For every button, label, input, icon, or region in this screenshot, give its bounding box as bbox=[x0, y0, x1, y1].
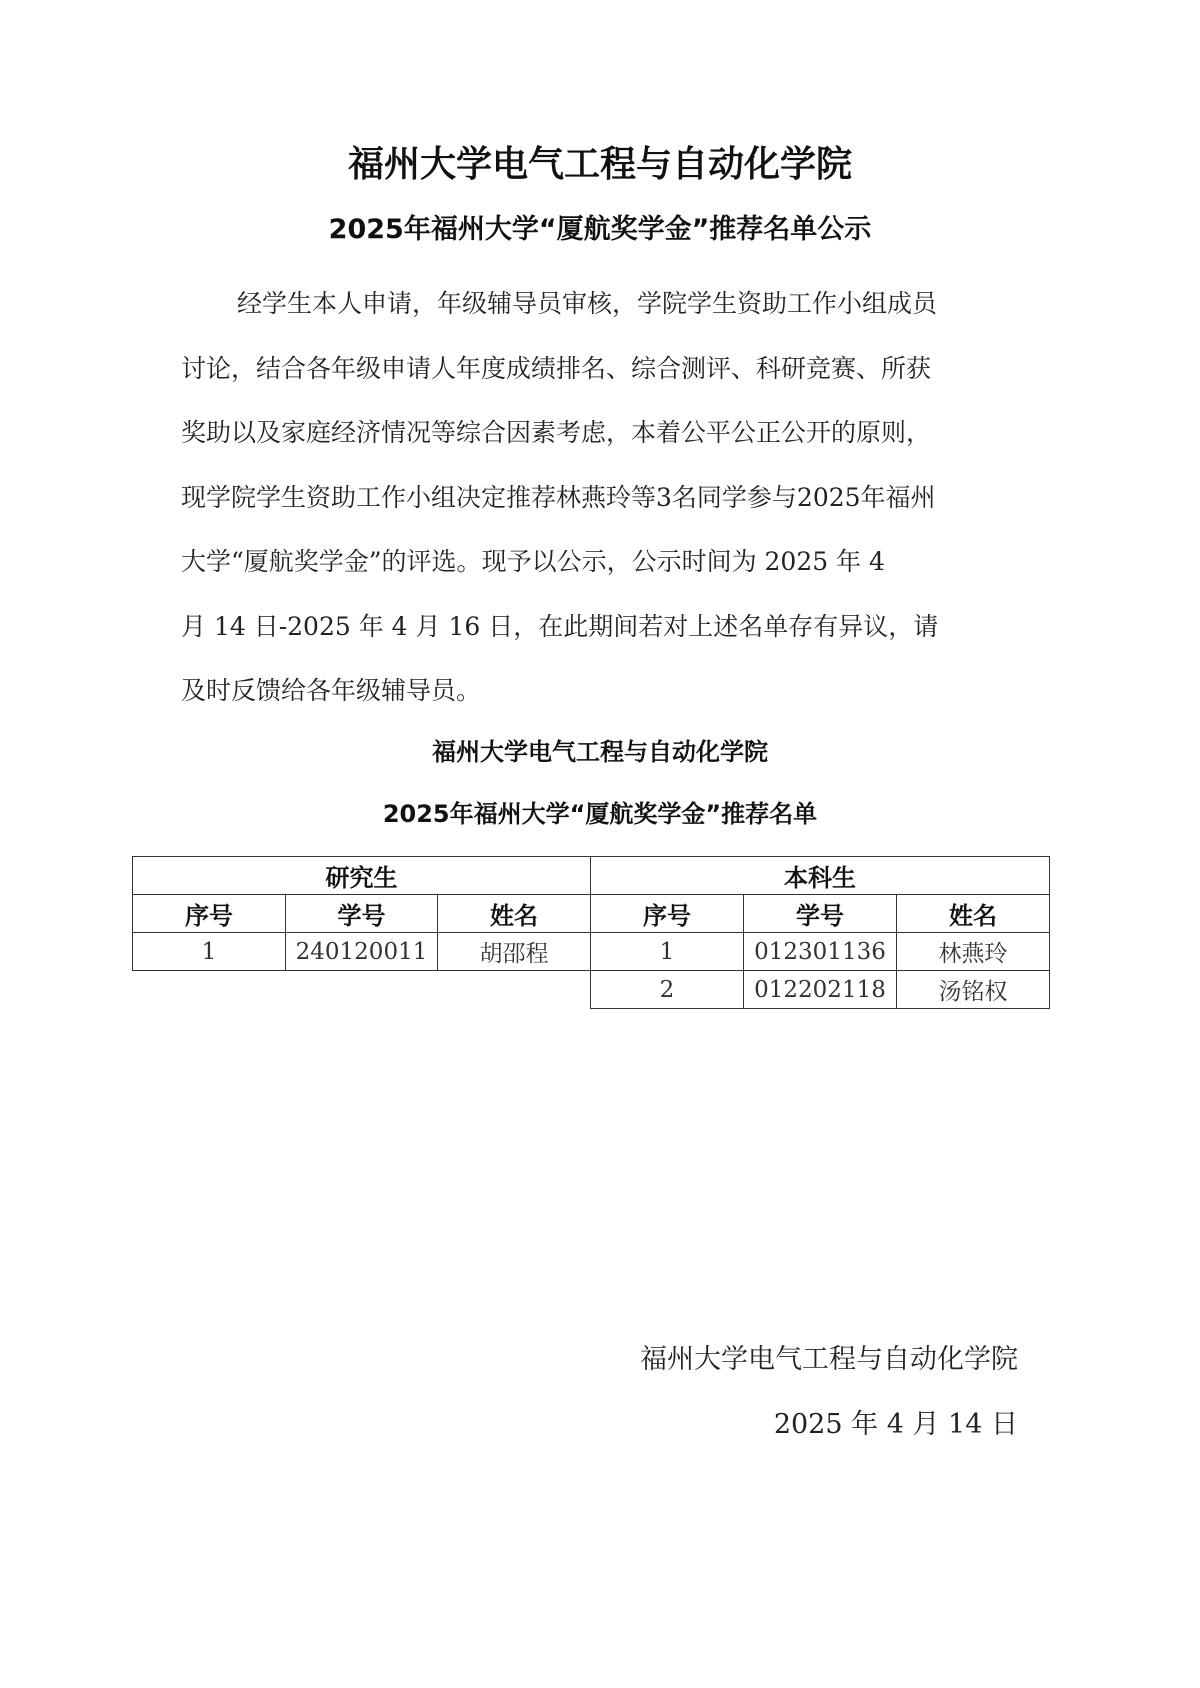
undergrad-name: 汤铭权 bbox=[897, 971, 1050, 1009]
list-title-heading: 2025年福州大学“厦航奖学金”推荐名单 bbox=[0, 796, 1200, 832]
body-line: 现学院学生资助工作小组决定推荐林燕玲等3名同学参与2025年福州 bbox=[181, 466, 1021, 531]
undergrad-no: 1 bbox=[591, 933, 744, 971]
body-line: 月 14 日-2025 年 4 月 16 日，在此期间若对上述名单存有异议，请 bbox=[181, 595, 1021, 660]
signature-org: 福州大学电气工程与自动化学院 bbox=[640, 1340, 1018, 1380]
body-line: 讨论，结合各年级申请人年度成绩排名、综合测评、科研竞赛、所获 bbox=[181, 337, 1021, 402]
grad-no: 1 bbox=[133, 933, 286, 971]
body-line: 及时反馈给各年级辅导员。 bbox=[181, 659, 1021, 724]
document-subtitle: 2025年福州大学“厦航奖学金”推荐名单公示 bbox=[0, 210, 1200, 250]
body-line: 经学生本人申请，年级辅导员审核，学院学生资助工作小组成员 bbox=[181, 272, 1021, 337]
undergrad-id: 012202118 bbox=[744, 971, 897, 1009]
table-row: 1 240120011 胡邵程 1 012301136 林燕玲 bbox=[133, 933, 1050, 971]
signature-date: 2025 年 4 月 14 日 bbox=[774, 1405, 1018, 1445]
column-header-name: 姓名 bbox=[897, 895, 1050, 933]
column-header-no: 序号 bbox=[133, 895, 286, 933]
list-org-heading: 福州大学电气工程与自动化学院 bbox=[0, 734, 1200, 770]
announcement-body: 经学生本人申请，年级辅导员审核，学院学生资助工作小组成员 讨论，结合各年级申请人… bbox=[181, 272, 1021, 724]
undergrad-no: 2 bbox=[591, 971, 744, 1009]
group-graduate-header: 研究生 bbox=[133, 857, 591, 895]
grad-id: 240120011 bbox=[286, 933, 438, 971]
document-title: 福州大学电气工程与自动化学院 bbox=[0, 140, 1200, 190]
grad-name: 胡邵程 bbox=[438, 933, 591, 971]
recommendation-table: 研究生 本科生 序号 学号 姓名 序号 学号 姓名 1 240120011 胡邵… bbox=[132, 856, 1050, 1009]
undergrad-id: 012301136 bbox=[744, 933, 897, 971]
table-group-header-row: 研究生 本科生 bbox=[133, 857, 1050, 895]
column-header-name: 姓名 bbox=[438, 895, 591, 933]
body-line: 大学“厦航奖学金”的评选。现予以公示，公示时间为 2025 年 4 bbox=[181, 530, 1021, 595]
table-row: 2 012202118 汤铭权 bbox=[133, 971, 1050, 1009]
undergrad-name: 林燕玲 bbox=[897, 933, 1050, 971]
column-header-id: 学号 bbox=[286, 895, 438, 933]
body-line: 奖助以及家庭经济情况等综合因素考虑，本着公平公正公开的原则， bbox=[181, 401, 1021, 466]
column-header-id: 学号 bbox=[744, 895, 897, 933]
column-header-no: 序号 bbox=[591, 895, 744, 933]
empty-cell bbox=[133, 971, 591, 1009]
table-column-header-row: 序号 学号 姓名 序号 学号 姓名 bbox=[133, 895, 1050, 933]
group-undergraduate-header: 本科生 bbox=[591, 857, 1050, 895]
